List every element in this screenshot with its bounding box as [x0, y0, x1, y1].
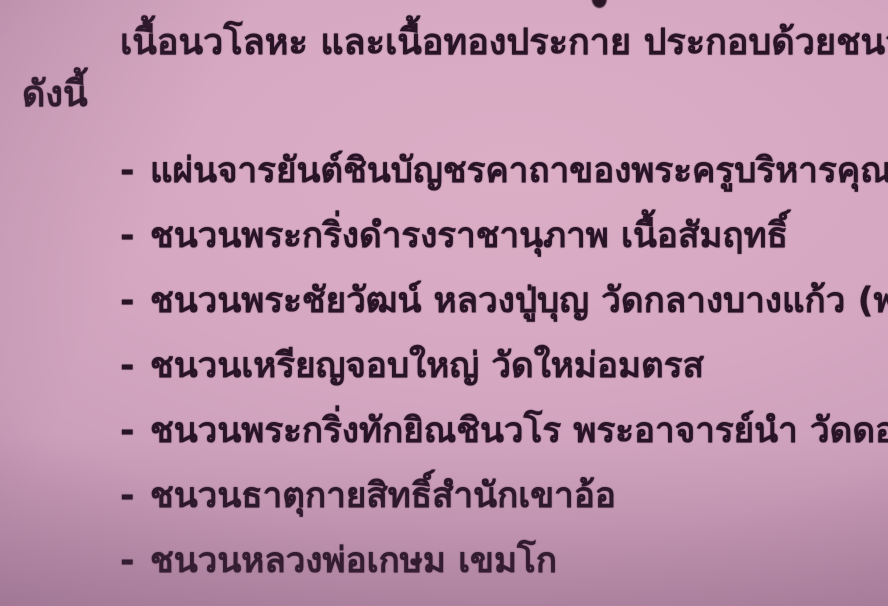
- bullet-dash: -: [120, 533, 150, 589]
- list-item: - ชนวนพระกริ่งทักยิณชินวโร พระอาจารย์นำ …: [120, 403, 880, 468]
- list-item-text: ชนวนพระกริ่งทักยิณชินวโร พระอาจารย์นำ วั…: [150, 403, 888, 459]
- list-item: - ชนวนเหรียญจอบใหญ่ วัดใหม่อมตรส: [120, 338, 880, 403]
- list-item-text: ชนวนพระกริ่งดำรงราชานุภาพ เนื้อสัมฤทธิ์: [150, 208, 788, 264]
- list-item-text: ชนวนหลวงพ่อเกษม เขมโก: [150, 533, 557, 589]
- intro-paragraph-line-1: เนื้อนวโลหะ และเนื้อทองประกาย ประกอบด้วย…: [120, 16, 888, 70]
- photographed-document-page: เนื้อนวโลหะ และเนื้อทองประกาย ประกอบด้วย…: [0, 0, 888, 606]
- list-item: - ชนวนพระชัยวัฒน์ หลวงปู่บุญ วัดกลางบางแ…: [120, 273, 880, 338]
- bullet-dash: -: [120, 403, 150, 459]
- list-item: - ชนวนหลวงพ่อเกษม เขมโก: [120, 533, 880, 598]
- list-item-text: แผ่นจารยันต์ชินบัญชรคาถาของพระครูบริหารค…: [150, 143, 888, 199]
- bullet-dash: -: [120, 468, 150, 524]
- bullet-dash: -: [120, 273, 150, 329]
- list-item-text: ชนวนเหรียญจอบใหญ่ วัดใหม่อมตรส: [150, 338, 704, 394]
- bullet-dash: -: [120, 143, 150, 199]
- intro-paragraph-line-2: ดังนี้: [22, 68, 88, 122]
- list-item: - ชนวนธาตุกายสิทธิ์สำนักเขาอ้อ: [120, 468, 880, 533]
- cutoff-text-fragment: [592, 0, 608, 9]
- list-item: - แผ่นจารยันต์ชินบัญชรคาถาของพระครูบริหา…: [120, 143, 880, 208]
- list-item: - ชนวนพระกริ่งดำรงราชานุภาพ เนื้อสัมฤทธิ…: [120, 208, 880, 273]
- list-item-text: ชนวนธาตุกายสิทธิ์สำนักเขาอ้อ: [150, 468, 616, 524]
- ingredient-list: - แผ่นจารยันต์ชินบัญชรคาถาของพระครูบริหา…: [120, 143, 880, 598]
- list-item-text: ชนวนพระชัยวัฒน์ หลวงปู่บุญ วัดกลางบางแก้…: [150, 273, 888, 329]
- bullet-dash: -: [120, 208, 150, 264]
- bullet-dash: -: [120, 338, 150, 394]
